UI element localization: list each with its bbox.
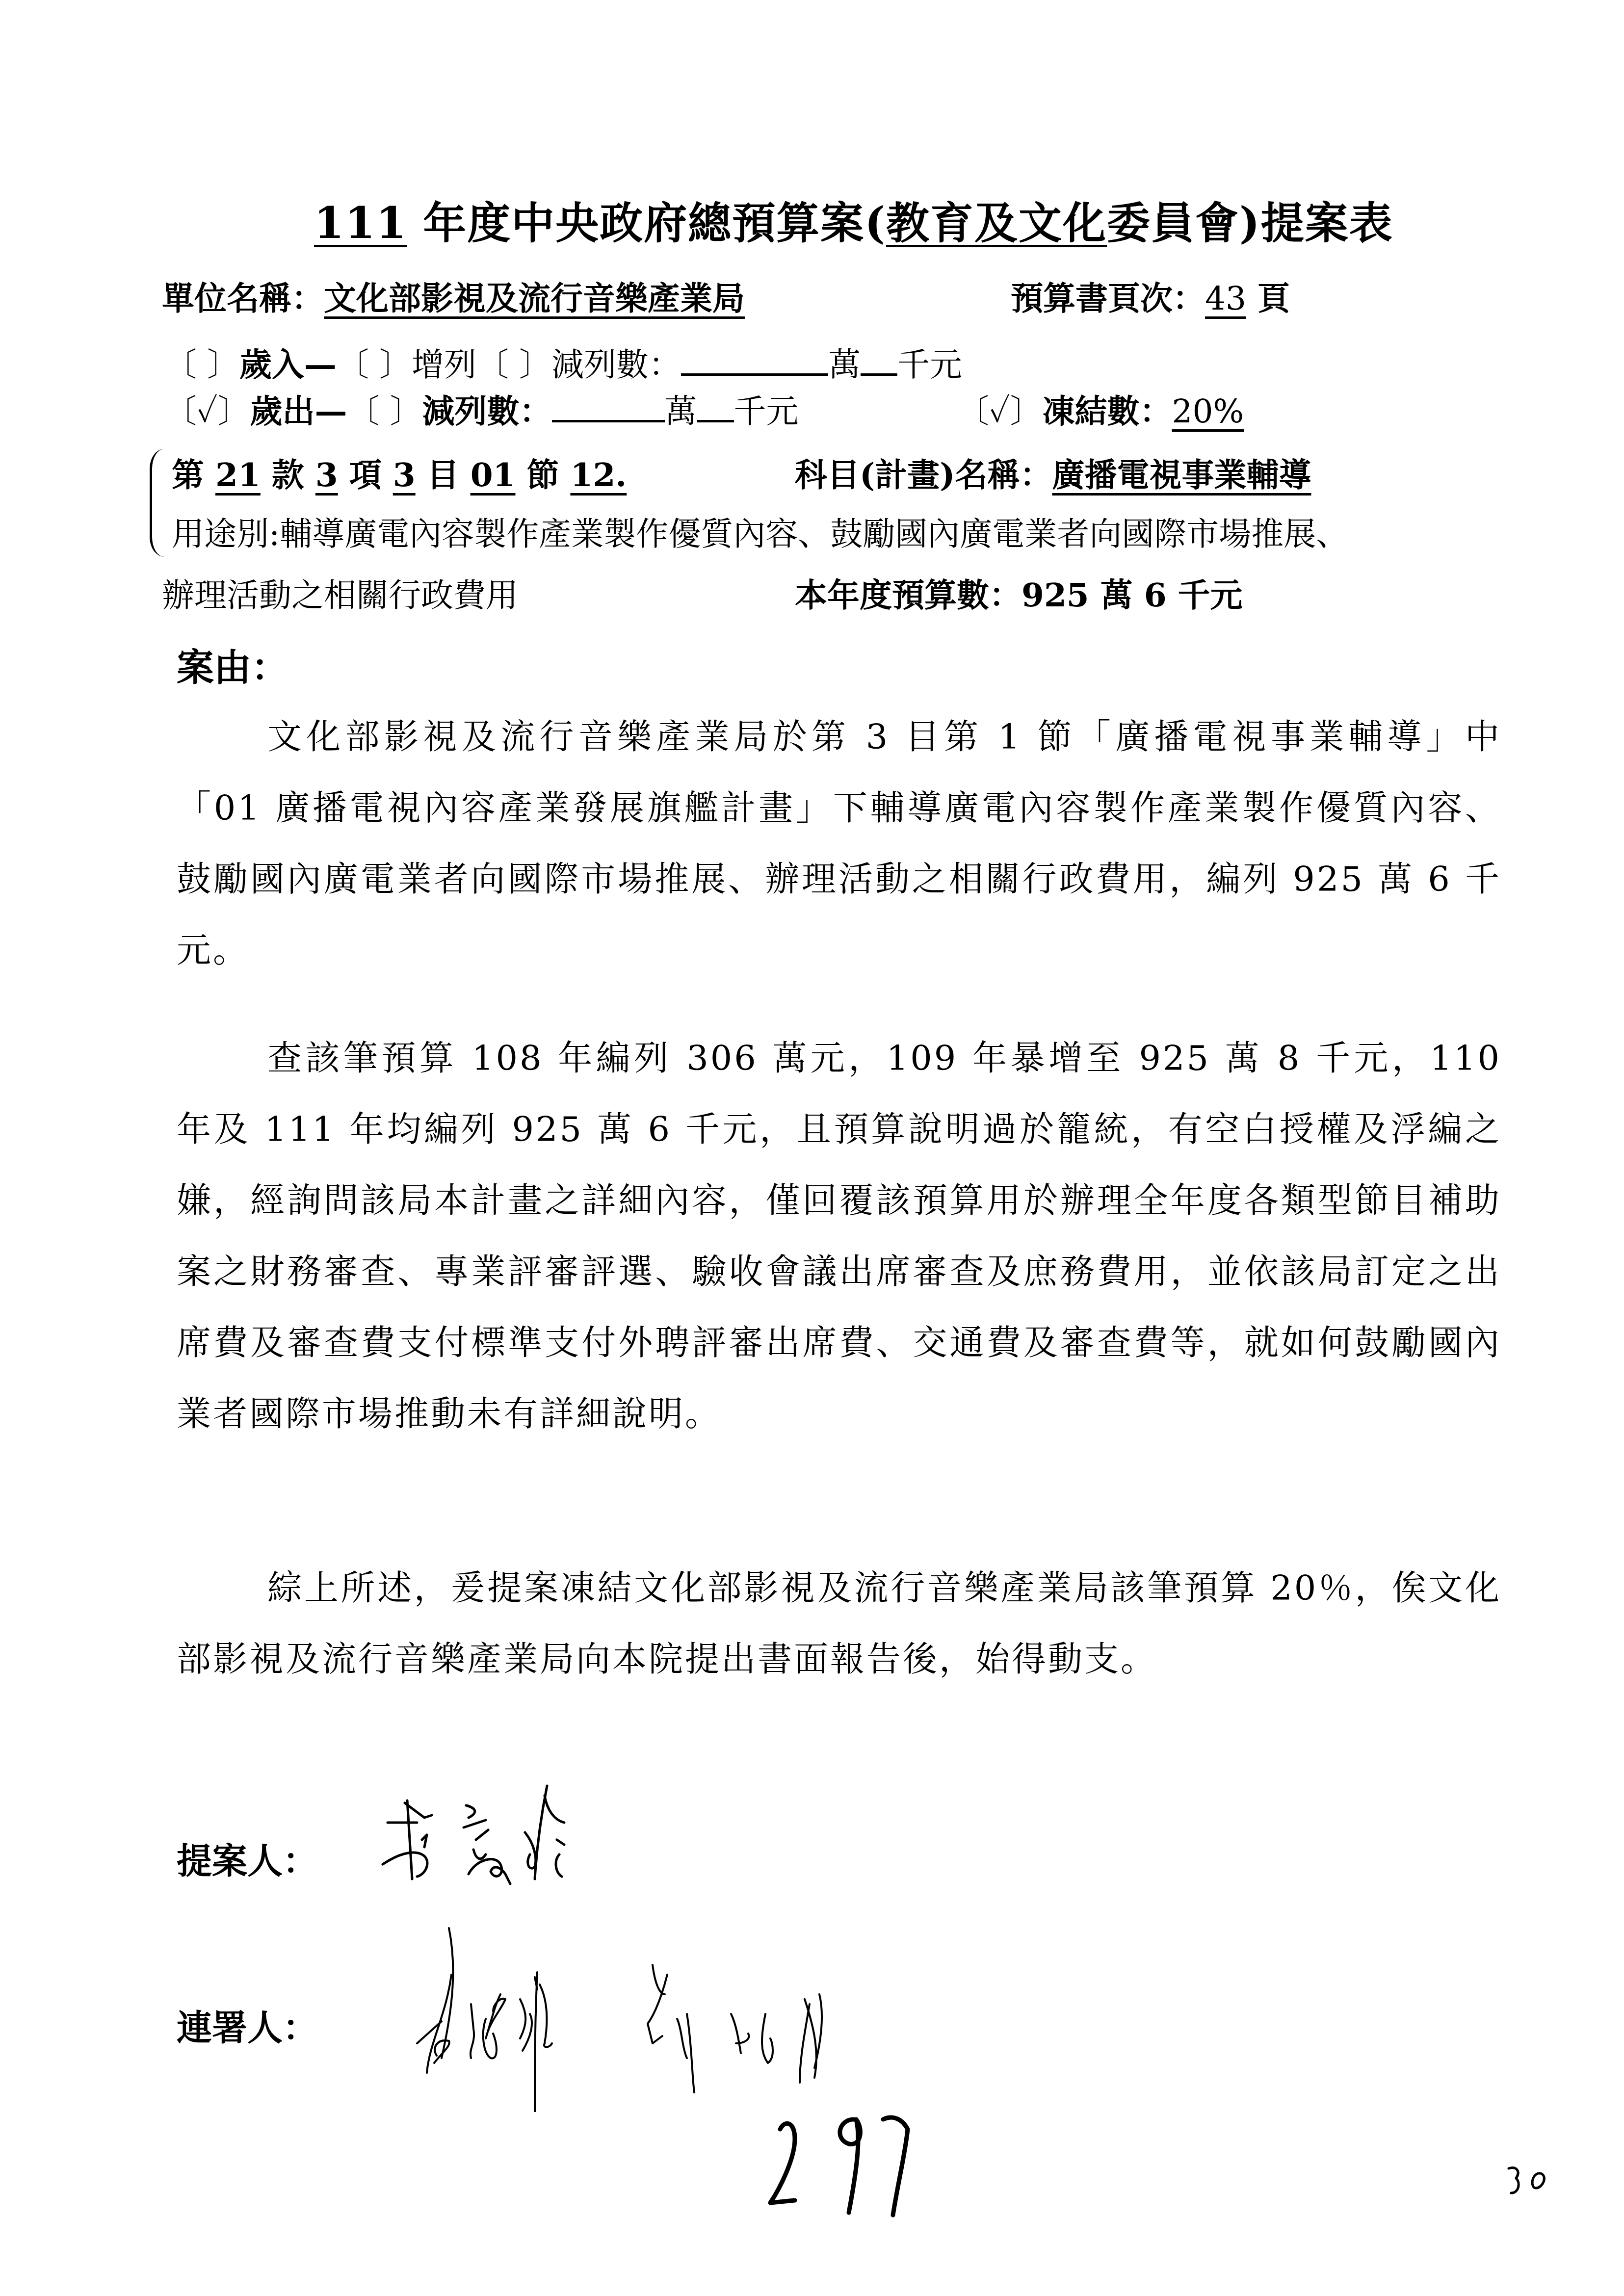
case-paragraph-3: 綜上所述，爰提案凍結文化部影視及流行音樂產業局該筆預算 20％，俟文化部影視及流… bbox=[177, 1553, 1501, 1695]
unit-label: 單位名稱： bbox=[162, 279, 324, 317]
section-prefix: 第 bbox=[172, 456, 215, 494]
section-mu: 3 bbox=[393, 456, 416, 494]
handwritten-number: 297 bbox=[765, 2100, 971, 2218]
expenditure-decrease-checkbox[interactable]: 〔 〕 bbox=[347, 392, 422, 430]
increase-checkbox[interactable]: 〔 〕 bbox=[337, 346, 412, 384]
title-committee: 教育及文化 bbox=[886, 197, 1107, 248]
section-mu-label: 目 bbox=[416, 456, 471, 494]
title-year: 111 bbox=[314, 197, 407, 248]
budget-page-value: 43 bbox=[1205, 280, 1246, 317]
expenditure-checkbox[interactable]: 〔✓〕 bbox=[164, 392, 250, 430]
subject-value: 廣播電視事業輔導 bbox=[1052, 456, 1311, 494]
handwritten-page-strokes bbox=[1501, 2164, 1560, 2208]
current-budget-row: 本年度預算數：925 萬 6 千元 bbox=[795, 569, 1243, 616]
section-kuan: 21 bbox=[215, 456, 261, 494]
cosigner-signature-strokes bbox=[388, 1926, 1094, 2112]
expenditure-wan-label: 萬 bbox=[665, 392, 697, 430]
purpose-row: 用途別:輔導廣電內容製作產業製作優質內容、鼓勵國內廣電業者向國際市場推展、 bbox=[172, 508, 1348, 554]
case-paragraph-1: 文化部影視及流行音樂產業局於第 3 目第 1 節「廣播電視事業輔導」中「01 廣… bbox=[177, 702, 1501, 986]
expenditure-qian-field[interactable] bbox=[697, 394, 734, 422]
purpose-line2: 辦理活動之相關行政費用 bbox=[162, 576, 518, 614]
expenditure-row: 〔✓〕歲出—〔 〕減列數：萬千元 bbox=[164, 385, 799, 432]
freeze-value: 20% bbox=[1172, 392, 1244, 430]
budget-page-suffix: 頁 bbox=[1246, 279, 1290, 317]
expenditure-qian-label: 千元 bbox=[734, 392, 799, 430]
revenue-decrease-checkbox[interactable]: 〔 〕 bbox=[476, 346, 551, 384]
section-row: 第 21 款 3 項 3 目 01 節 12. bbox=[172, 449, 627, 496]
unit-value: 文化部影視及流行音樂產業局 bbox=[324, 279, 745, 317]
increase-label: 增列 bbox=[412, 346, 476, 384]
unit-name-row: 單位名稱：文化部影視及流行音樂產業局 bbox=[162, 272, 745, 319]
document-title: 111 年度中央政府總預算案(教育及文化委員會)提案表 bbox=[314, 189, 1393, 251]
proposer-signature-strokes bbox=[378, 1781, 702, 1894]
case-paragraph-2: 查該筆預算 108 年編列 306 萬元，109 年暴增至 925 萬 8 千元… bbox=[177, 1023, 1501, 1450]
freeze-checkbox[interactable]: 〔✓〕 bbox=[957, 392, 1043, 430]
revenue-decrease-label: 減列數： bbox=[551, 346, 681, 384]
section-brace bbox=[150, 449, 167, 557]
cosigner-signatures: 李德維 鄭正鈐 bbox=[388, 1926, 1094, 2112]
section-jie: 01 bbox=[471, 456, 516, 494]
section-xiang-label: 項 bbox=[338, 456, 393, 494]
subject-row: 科目(計畫)名稱：廣播電視事業輔導 bbox=[795, 449, 1311, 496]
revenue-wan-field[interactable] bbox=[681, 348, 828, 376]
purpose-label: 用途別: bbox=[172, 515, 280, 553]
handwritten-number-strokes bbox=[765, 2100, 971, 2218]
revenue-checkbox[interactable]: 〔 〕 bbox=[164, 346, 239, 384]
expenditure-decrease-label: 減列數： bbox=[422, 392, 552, 430]
current-budget-label: 本年度預算數： bbox=[795, 576, 1022, 614]
section-xiang: 3 bbox=[315, 456, 338, 494]
purpose-line1: 輔導廣電內容製作產業製作優質內容、鼓勵國內廣電業者向國際市場推展、 bbox=[280, 515, 1348, 553]
purpose-row-2: 辦理活動之相關行政費用 bbox=[162, 569, 518, 616]
expenditure-label: 歲出— bbox=[250, 392, 347, 430]
freeze-row: 〔✓〕凍結數：20% bbox=[957, 385, 1244, 432]
revenue-qian-field[interactable] bbox=[861, 348, 897, 376]
title-text-before: 年度中央政府總預算案( bbox=[407, 197, 886, 248]
case-heading: 案由： bbox=[177, 638, 288, 691]
revenue-wan-label: 萬 bbox=[828, 346, 861, 384]
title-text-after: 委員會)提案表 bbox=[1107, 197, 1393, 248]
proposer-signature: 萬美玲 bbox=[378, 1781, 702, 1894]
proposer-label: 提案人： bbox=[177, 1832, 318, 1883]
expenditure-wan-field[interactable] bbox=[552, 394, 665, 422]
freeze-label: 凍結數： bbox=[1043, 392, 1172, 430]
budget-page-row: 預算書頁次：43 頁 bbox=[1011, 272, 1290, 319]
revenue-qian-label: 千元 bbox=[897, 346, 962, 384]
section-kuan-label: 款 bbox=[261, 456, 315, 494]
budget-page-label: 預算書頁次： bbox=[1011, 279, 1205, 317]
section-item: 12. bbox=[570, 456, 627, 494]
revenue-row: 〔 〕歲入—〔 〕增列〔 〕減列數：萬千元 bbox=[164, 339, 962, 385]
subject-label: 科目(計畫)名稱： bbox=[795, 456, 1052, 494]
section-jie-label: 節 bbox=[515, 456, 570, 494]
revenue-label: 歲入— bbox=[239, 345, 337, 384]
current-budget-value: 925 萬 6 千元 bbox=[1022, 576, 1243, 614]
handwritten-page-number: 30 bbox=[1501, 2164, 1560, 2208]
cosigner-label: 連署人： bbox=[177, 1999, 318, 2050]
